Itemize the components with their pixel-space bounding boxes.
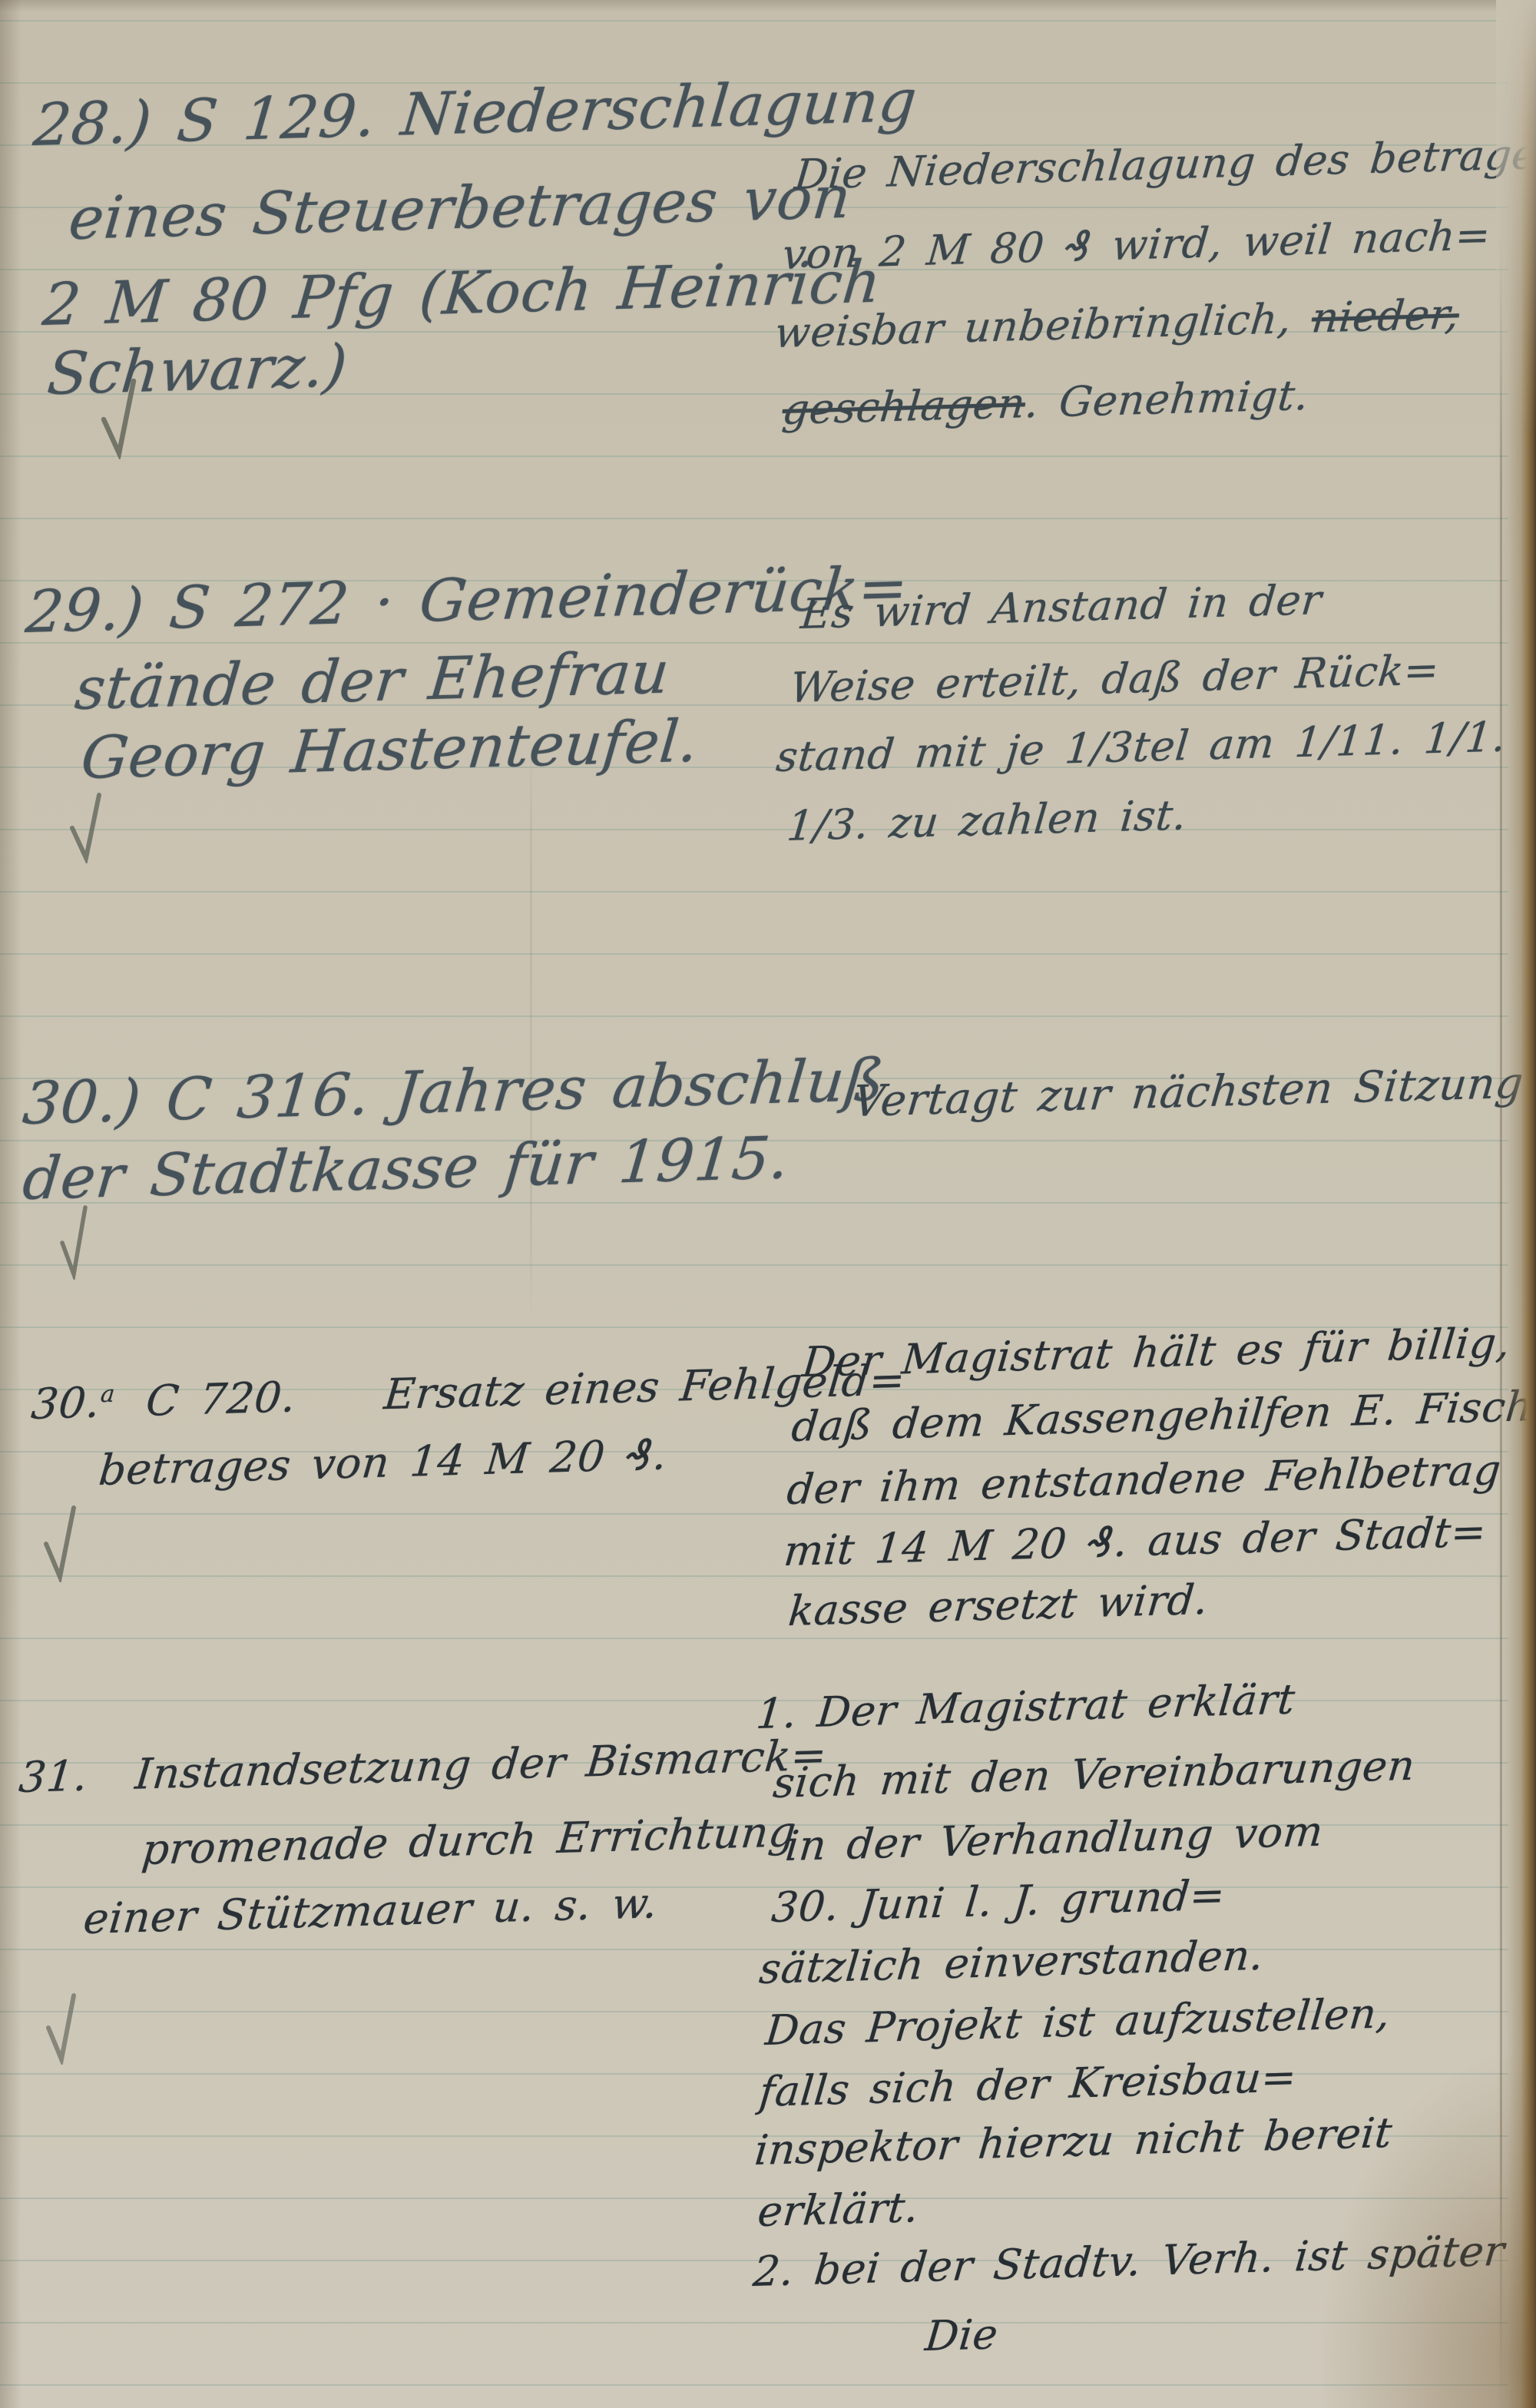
manuscript-page: 28.) S 129. Niederschlagung eines Steuer…: [0, 0, 1536, 2408]
entry-number: 30.: [29, 1378, 102, 1429]
pencil-check-icon: [58, 1203, 89, 1280]
catchword: Die: [923, 2310, 1000, 2360]
paper-crease: [530, 730, 532, 1329]
resolution-text: . Genehmigt.: [1023, 371, 1311, 427]
file-reference: C 720.: [144, 1372, 298, 1425]
entry-number: 31.: [17, 1751, 90, 1802]
struck-text: geschlagen: [780, 379, 1028, 434]
entry31-resolution-line9: erklärt.: [756, 2183, 921, 2236]
pencil-check-icon: [98, 375, 138, 459]
entry28-heading-line4: Schwarz.): [45, 331, 350, 408]
struck-text: nieder,: [1309, 290, 1462, 342]
corner-stain: [1321, 2055, 1536, 2408]
page-left-edge-shadow: [0, 0, 22, 2408]
book-binding-edge: [1496, 0, 1536, 2408]
pencil-check-icon: [68, 790, 103, 863]
pencil-check-icon: [41, 1502, 78, 1582]
page-top-edge-shadow: [0, 0, 1536, 12]
pencil-check-icon: [45, 1991, 78, 2065]
entry-number-superscript: a: [100, 1381, 116, 1408]
